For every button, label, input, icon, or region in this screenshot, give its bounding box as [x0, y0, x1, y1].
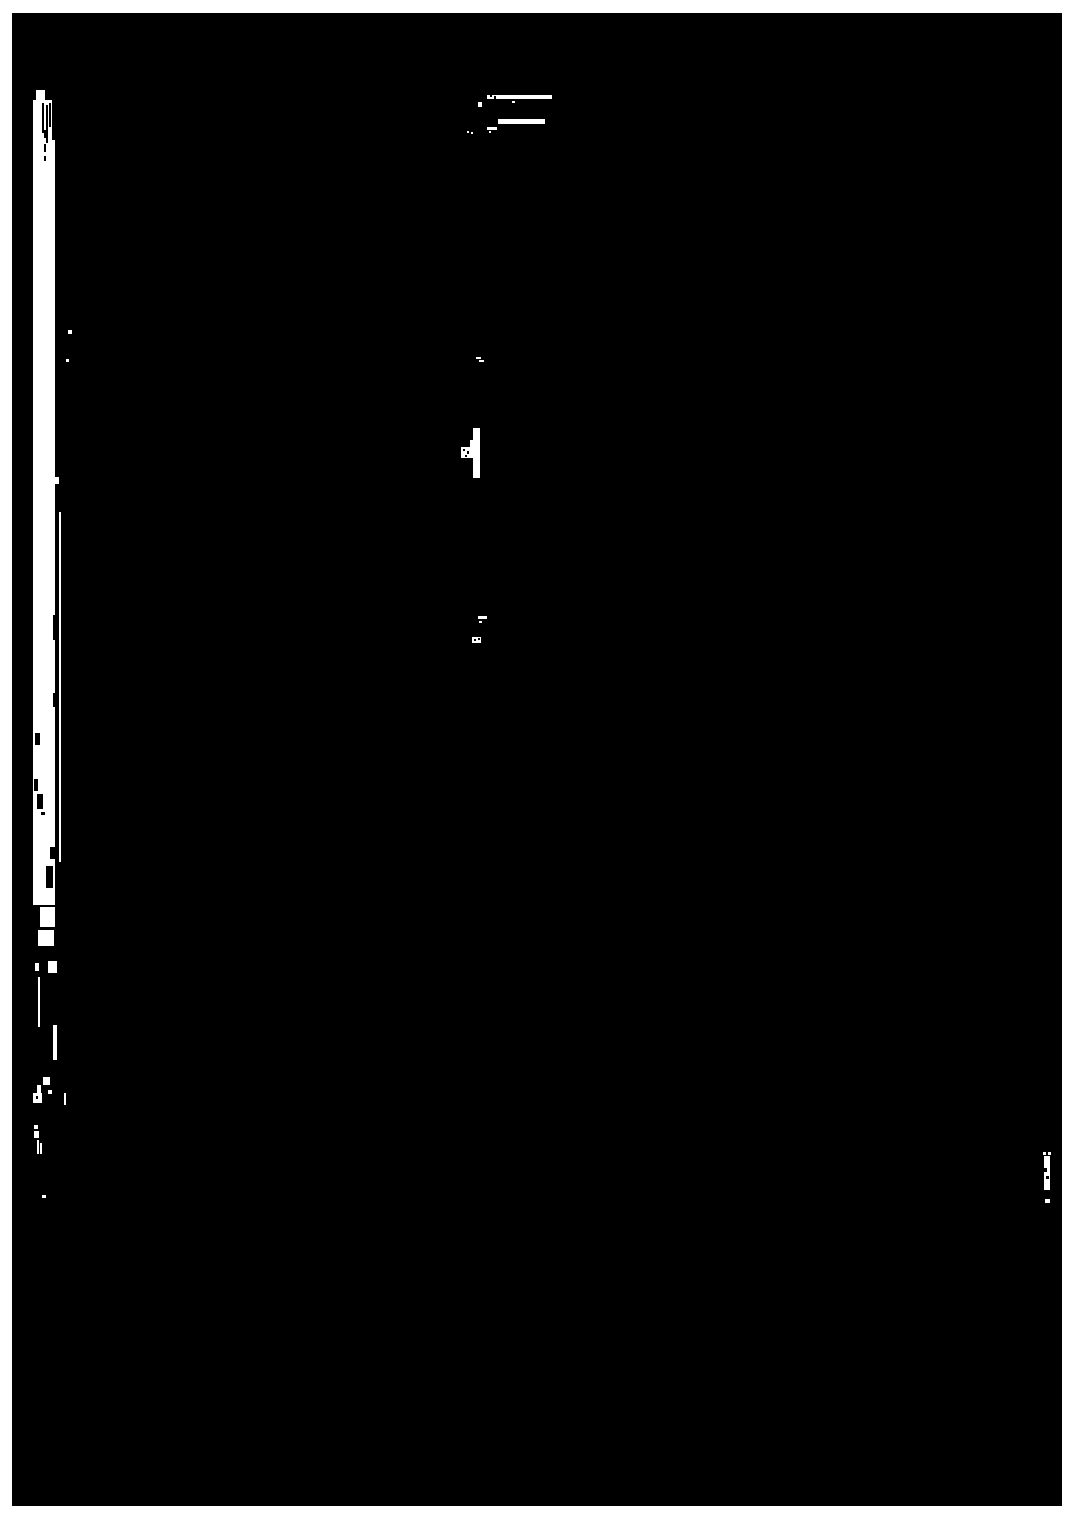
white-fragment — [37, 1140, 39, 1154]
white-fragment — [478, 616, 487, 619]
black-fragment — [53, 693, 57, 707]
black-fragment — [490, 95, 492, 97]
white-fragment — [34, 1125, 38, 1129]
white-fragment — [43, 1077, 50, 1085]
white-fragment — [479, 621, 482, 623]
white-fragment — [487, 95, 552, 99]
black-fragment — [37, 794, 43, 809]
white-fragment — [53, 1025, 57, 1060]
black-fragment — [42, 103, 44, 133]
white-fragment — [35, 963, 39, 971]
black-canvas — [12, 13, 1062, 1506]
black-fragment — [36, 1096, 38, 1099]
white-fragment — [1045, 1199, 1050, 1203]
black-fragment — [463, 449, 465, 451]
black-fragment — [46, 866, 53, 888]
white-fragment — [512, 101, 515, 103]
white-fragment — [68, 330, 72, 334]
black-fragment — [34, 779, 38, 791]
black-fragment — [49, 103, 51, 127]
black-fragment — [467, 451, 469, 454]
white-fragment — [1043, 1152, 1046, 1155]
white-fragment — [64, 1093, 66, 1105]
black-fragment — [44, 130, 46, 138]
white-fragment — [42, 1195, 46, 1198]
black-fragment — [474, 639, 476, 641]
page — [0, 0, 1077, 1521]
white-fragment — [487, 127, 497, 130]
black-fragment — [44, 144, 46, 152]
white-fragment — [59, 512, 61, 862]
white-fragment — [38, 977, 40, 1027]
white-fragment — [48, 961, 57, 973]
white-fragment — [1044, 1156, 1050, 1190]
white-fragment — [476, 357, 481, 359]
black-fragment — [50, 847, 56, 859]
black-fragment — [46, 105, 48, 143]
white-fragment — [38, 930, 54, 946]
white-fragment — [51, 332, 54, 335]
black-fragment — [478, 638, 480, 640]
black-fragment — [35, 733, 40, 745]
black-fragment — [494, 96, 496, 99]
black-fragment — [41, 812, 45, 815]
white-fragment — [40, 907, 55, 927]
white-fragment — [473, 428, 480, 478]
white-fragment — [66, 359, 69, 362]
white-fragment — [40, 1143, 42, 1154]
black-fragment — [52, 100, 55, 140]
white-fragment — [471, 132, 473, 134]
black-fragment — [1044, 1168, 1047, 1172]
white-fragment — [479, 360, 484, 362]
white-fragment — [470, 440, 473, 447]
white-fragment — [489, 131, 491, 133]
black-fragment — [1046, 1176, 1049, 1179]
white-fragment — [478, 102, 482, 107]
white-fragment — [467, 131, 469, 133]
white-fragment — [1048, 1152, 1051, 1155]
black-fragment — [44, 156, 46, 161]
white-fragment — [55, 477, 59, 484]
white-fragment — [48, 1090, 52, 1094]
white-fragment — [34, 1131, 39, 1138]
black-fragment — [53, 615, 56, 640]
black-fragment — [465, 455, 467, 457]
white-fragment — [498, 119, 545, 124]
